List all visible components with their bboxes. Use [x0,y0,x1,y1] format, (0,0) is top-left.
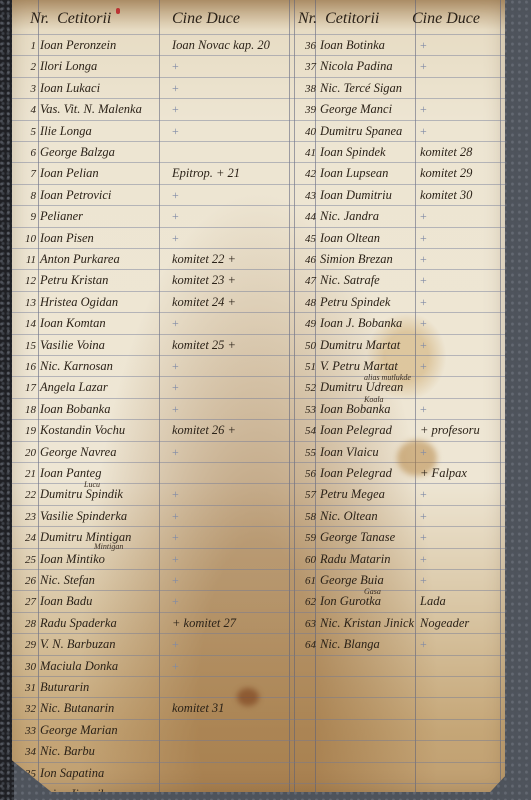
cine-duce-entry: + [420,206,427,227]
row-number: 42 [294,164,316,185]
reader-name: Ioan Pelian [40,163,99,184]
row-number: 21 [14,464,36,485]
ledger-row: 29V. N. Barbuzan [14,634,115,655]
reader-name: Anton Purkarea [40,249,120,270]
ledger-row: 41Ioan Spindek [294,142,386,163]
row-number: 38 [294,79,316,100]
ledger-row: 60Radu Matarin [294,549,390,570]
row-number: 48 [294,293,316,314]
row-number: 40 [294,122,316,143]
ledger-row: 17Angela Lazar [14,377,108,398]
cine-duce-entry: + [420,335,427,356]
reader-name: George Tanase [320,527,395,548]
ledger-row: 57Petru Megea [294,484,385,505]
reader-name: Ioan Dumitriu [320,185,392,206]
row-number: 33 [14,721,36,742]
reader-name: Ioan Peronzein [40,35,116,56]
reader-name: Hristea Ogidan [40,292,118,313]
reader-name: Nic. Barbu [40,741,95,762]
row-number: 56 [294,464,316,485]
reader-name: Nicola Padina [320,56,393,77]
cine-duce-entry: komitet 26 + [172,420,236,441]
ledger-row: 11Anton Purkarea [14,249,120,270]
row-number: 20 [14,443,36,464]
reader-name: Buturarin [40,677,89,698]
ledger-row: 44Nic. Jandra [294,206,379,227]
reader-name: Radu Spaderka [40,613,117,634]
ledger-row: 2Ilori Longa [14,56,97,77]
ledger-row: 13Hristea Ogidan [14,292,118,313]
cine-duce-entry: komitet 31 [172,698,224,719]
reader-name: Nic. Satrafe [320,270,380,291]
cine-duce-entry: komitet 23 + [172,270,236,291]
ledger-row: 58Nic. Oltean [294,506,378,527]
interlinear-note: Koala [364,395,384,404]
cine-duce-entry: komitet 25 + [172,335,236,356]
row-number: 4 [14,100,36,121]
row-number: 51 [294,357,316,378]
right-header-number: Nr. [298,10,317,27]
row-number: 53 [294,400,316,421]
right-header-role: Cine Duce [412,10,480,32]
cine-duce-entry: + [420,121,427,142]
cine-duce-entry: + [420,634,427,655]
cine-duce-entry: + [172,78,179,99]
cine-duce-entry: komitet 22 + [172,249,236,270]
cine-duce-entry: + [172,56,179,77]
cine-duce-entry: + [420,570,427,591]
row-number: 63 [294,614,316,635]
reader-name: Maciula Donka [40,656,118,677]
cine-duce-entry: + [172,527,179,548]
ledger-row: 14Ioan Komtan [14,313,106,334]
row-number: 13 [14,293,36,314]
ledger-row: 4Vas. Vit. N. Malenka [14,99,142,120]
row-number: 6 [14,143,36,164]
cine-duce-entry: + [172,570,179,591]
reader-name: Nic. Oltean [320,506,378,527]
reader-name: Petru Kristan [40,270,108,291]
row-number: 37 [294,57,316,78]
right-header-row: Nr. Cetitorii [298,10,379,32]
ledger-row: 46Simion Brezan [294,249,393,270]
ledger-row: 25Ioan Mintiko [14,549,105,570]
ledger-row: 31Buturarin [14,677,89,698]
reader-name: Nic. Karnosan [40,356,113,377]
row-number: 49 [294,314,316,335]
reader-name: Ioan J. Bobanka [320,313,402,334]
row-number: 31 [14,678,36,699]
cine-duce-entry: komitet 29 [420,163,472,184]
cine-duce-entry: + [420,442,427,463]
cine-duce-entry: + [172,185,179,206]
reader-name: Vasilie Voina [40,335,105,356]
row-number: 26 [14,571,36,592]
reader-name: Ioan Lukaci [40,78,100,99]
row-number: 43 [294,186,316,207]
reader-name: Ilie Longa [40,121,92,142]
reader-name: Petru Megea [320,484,385,505]
row-number: 64 [294,635,316,656]
cine-duce-entry: + [420,549,427,570]
ledger-row: 27Ioan Badu [14,591,92,612]
reader-name: Ioan Oltean [320,228,380,249]
row-number: 11 [14,250,36,271]
ledger-row: 48Petru Spindek [294,292,390,313]
row-number: 32 [14,699,36,720]
row-number: 17 [14,378,36,399]
reader-name: Nic. Tercé Sigan [320,78,402,99]
ledger-row: 42Ioan Lupsean [294,163,388,184]
row-number: 16 [14,357,36,378]
ledger-row: 32Nic. Butanarin [14,698,114,719]
ledger-row: 39George Manci [294,99,392,120]
row-number: 8 [14,186,36,207]
cine-duce-entry: + [172,549,179,570]
reader-name: Angela Lazar [40,377,108,398]
row-number: 27 [14,592,36,613]
reader-name: Simion Brezan [320,249,393,270]
row-number: 62 [294,592,316,613]
row-number: 34 [14,742,36,763]
cine-duce-entry: + [420,399,427,420]
cine-duce-entry: + [172,356,179,377]
ledger-row: 16Nic. Karnosan [14,356,113,377]
row-number: 54 [294,421,316,442]
cine-duce-entry: Ioan Novac kap. 20 [172,35,270,56]
cine-duce-entry: + [420,484,427,505]
ledger-row: 23Vasilie Spinderka [14,506,127,527]
row-number: 36 [294,36,316,57]
reader-name: Nic. Blanga [320,634,380,655]
ledger-row: 19Kostandin Vochu [14,420,125,441]
cine-duce-entry: + [172,228,179,249]
row-number: 47 [294,271,316,292]
cine-duce-entry: + [420,292,427,313]
reader-name: Ioan Lupsean [320,163,388,184]
ledger-row: 64Nic. Blanga [294,634,380,655]
row-number: 39 [294,100,316,121]
ledger-row: 22Dumitru Spindik [14,484,123,505]
cine-duce-entry: + [172,377,179,398]
red-ink-mark [116,8,120,14]
reader-name: Ioan Bobanka [40,399,110,420]
reader-name: Ioan Badu [40,591,92,612]
reader-name: Radu Matarin [320,549,390,570]
row-number: 55 [294,443,316,464]
row-number: 58 [294,507,316,528]
cine-duce-entry: + [172,656,179,677]
cine-duce-entry: komitet 24 + [172,292,236,313]
ledger-row: 38Nic. Tercé Sigan [294,78,402,99]
interlinear-note: Lucu [84,480,100,489]
reader-name: George Manci [320,99,392,120]
ledger-row: 40Dumitru Spanea [294,121,402,142]
row-number: 60 [294,550,316,571]
cine-duce-entry: + [172,399,179,420]
cine-duce-entry: + [172,206,179,227]
reader-name: Dumitru Spanea [320,121,402,142]
cine-duce-entry: + komitet 27 [172,613,236,634]
reader-name: Dumitru Spindik [40,484,123,505]
cine-duce-entry: + [420,527,427,548]
ledger-row: 36Ioan Botinka [294,35,385,56]
row-number: 29 [14,635,36,656]
row-number: 50 [294,336,316,357]
reader-name: Ioan Petrovici [40,185,111,206]
ledger-row: 56Ioan Pelegrad [294,463,392,484]
right-header-name: Cetitorii [325,10,379,27]
cine-duce-entry: + [172,442,179,463]
cine-duce-entry: + [420,35,427,56]
reader-name: Ioan Vlaicu [320,442,379,463]
left-header-row: Nr. Cetitorii [30,10,111,32]
reader-name: Vasilie Spinderka [40,506,127,527]
cine-duce-entry: + [172,591,179,612]
ledger-row: 20George Navrea [14,442,116,463]
reader-name: George Marian [40,720,118,741]
ledger-page: Nr. Cetitorii Cine Duce Nr. Cetitorii Ci… [12,0,505,792]
row-number: 41 [294,143,316,164]
ledger-row: 6George Balzga [14,142,115,163]
cine-duce-entry: + [420,313,427,334]
cine-duce-entry: + [172,634,179,655]
row-number: 52 [294,378,316,399]
reader-name: Ioan Komtan [40,313,106,334]
row-number: 9 [14,207,36,228]
row-number: 22 [14,485,36,506]
ledger-row: 37Nicola Padina [294,56,393,77]
row-number: 25 [14,550,36,571]
reader-name: Dumitru Martat [320,335,400,356]
ledger-row: 50Dumitru Martat [294,335,400,356]
interlinear-note: Gasa [364,587,381,596]
reader-name: Ioan Mintiko [40,549,105,570]
reader-name: Ioan Pelegrad [320,463,392,484]
row-number: 45 [294,229,316,250]
ledger-row: 49Ioan J. Bobanka [294,313,402,334]
ledger-row: 63Nic. Kristan Jinick [294,613,414,634]
cine-duce-entry: + [172,506,179,527]
row-number: 14 [14,314,36,335]
reader-name: Vas. Vit. N. Malenka [40,99,142,120]
row-number: 28 [14,614,36,635]
reader-name: Ioan Botinka [320,35,385,56]
cine-duce-entry: komitet 30 [420,185,472,206]
ledger-row: 8Ioan Petrovici [14,185,111,206]
row-number: 18 [14,400,36,421]
ledger-row: 28Radu Spaderka [14,613,117,634]
ledger-row: 1Ioan Peronzein [14,35,116,56]
row-number: 61 [294,571,316,592]
row-number: 30 [14,657,36,678]
row-number: 1 [14,36,36,57]
row-number: 46 [294,250,316,271]
reader-name: Kostandin Vochu [40,420,125,441]
ledger-row: 12Petru Kristan [14,270,108,291]
stain [237,688,259,706]
ledger-row: 10Ioan Pisen [14,228,94,249]
ledger-row: 7Ioan Pelian [14,163,99,184]
row-number: 19 [14,421,36,442]
reader-name: Pelianer [40,206,83,227]
ledger-row: 54Ioan Pelegrad [294,420,392,441]
row-number: 23 [14,507,36,528]
row-number: 15 [14,336,36,357]
cine-duce-entry: + [172,484,179,505]
cine-duce-entry: + profesoru [420,420,480,441]
row-number: 5 [14,122,36,143]
row-number: 3 [14,79,36,100]
ledger-row: 34Nic. Barbu [14,741,95,762]
row-number: 59 [294,528,316,549]
reader-name: Ilori Longa [40,56,97,77]
row-number: 7 [14,164,36,185]
row-number: 44 [294,207,316,228]
reader-name: Ioan Pelegrad [320,420,392,441]
cine-duce-entry: + [420,356,427,377]
cine-duce-entry: + [420,99,427,120]
cine-duce-entry: + [420,249,427,270]
left-header-name: Cetitorii [57,10,111,27]
cine-duce-entry: + [172,99,179,120]
reader-name: V. N. Barbuzan [40,634,115,655]
cine-duce-entry: + [172,121,179,142]
ledger-row: 47Nic. Satrafe [294,270,380,291]
ledger-row: 30Maciula Donka [14,656,118,677]
cine-duce-entry: + [420,56,427,77]
ledger-row: 15Vasilie Voina [14,335,105,356]
reader-name: Nic. Butanarin [40,698,114,719]
ledger-row: 9Pelianer [14,206,83,227]
reader-name: Nic. Stefan [40,570,95,591]
cine-duce-entry: + [420,228,427,249]
reader-name: George Navrea [40,442,116,463]
cine-duce-entry: + [172,313,179,334]
row-number: 24 [14,528,36,549]
ledger-row: 45Ioan Oltean [294,228,380,249]
reader-name: Ioan Pisen [40,228,94,249]
ledger-row: 55Ioan Vlaicu [294,442,379,463]
ledger-row: 18Ioan Bobanka [14,399,110,420]
reader-name: Nic. Jandra [320,206,379,227]
cine-duce-entry: Epitrop. + 21 [172,163,240,184]
reader-name: George Balzga [40,142,115,163]
row-number: 12 [14,271,36,292]
cine-duce-entry: Nogeader [420,613,469,634]
left-header-number: Nr. [30,10,49,27]
ledger-row: 33George Marian [14,720,118,741]
row-number: 10 [14,229,36,250]
row-number: 57 [294,485,316,506]
reader-name: Ioan Spindek [320,142,386,163]
row-number: 2 [14,57,36,78]
ledger-row: 59George Tanase [294,527,395,548]
cine-duce-entry: + [420,506,427,527]
ledger-row: 43Ioan Dumitriu [294,185,392,206]
ledger-row: 5Ilie Longa [14,121,92,142]
cine-duce-entry: komitet 28 [420,142,472,163]
left-header-role: Cine Duce [172,10,240,32]
cine-duce-entry: + [420,270,427,291]
cine-duce-entry: Lada [420,591,446,612]
ledger-row: 26Nic. Stefan [14,570,95,591]
cine-duce-entry: + Falpax [420,463,467,484]
reader-name: Nic. Kristan Jinick [320,613,414,634]
reader-name: Petru Spindek [320,292,390,313]
ledger-row: 3Ioan Lukaci [14,78,100,99]
interlinear-note: alias mutlukde [364,373,411,382]
reader-name: Ion Sapatina [40,763,104,784]
